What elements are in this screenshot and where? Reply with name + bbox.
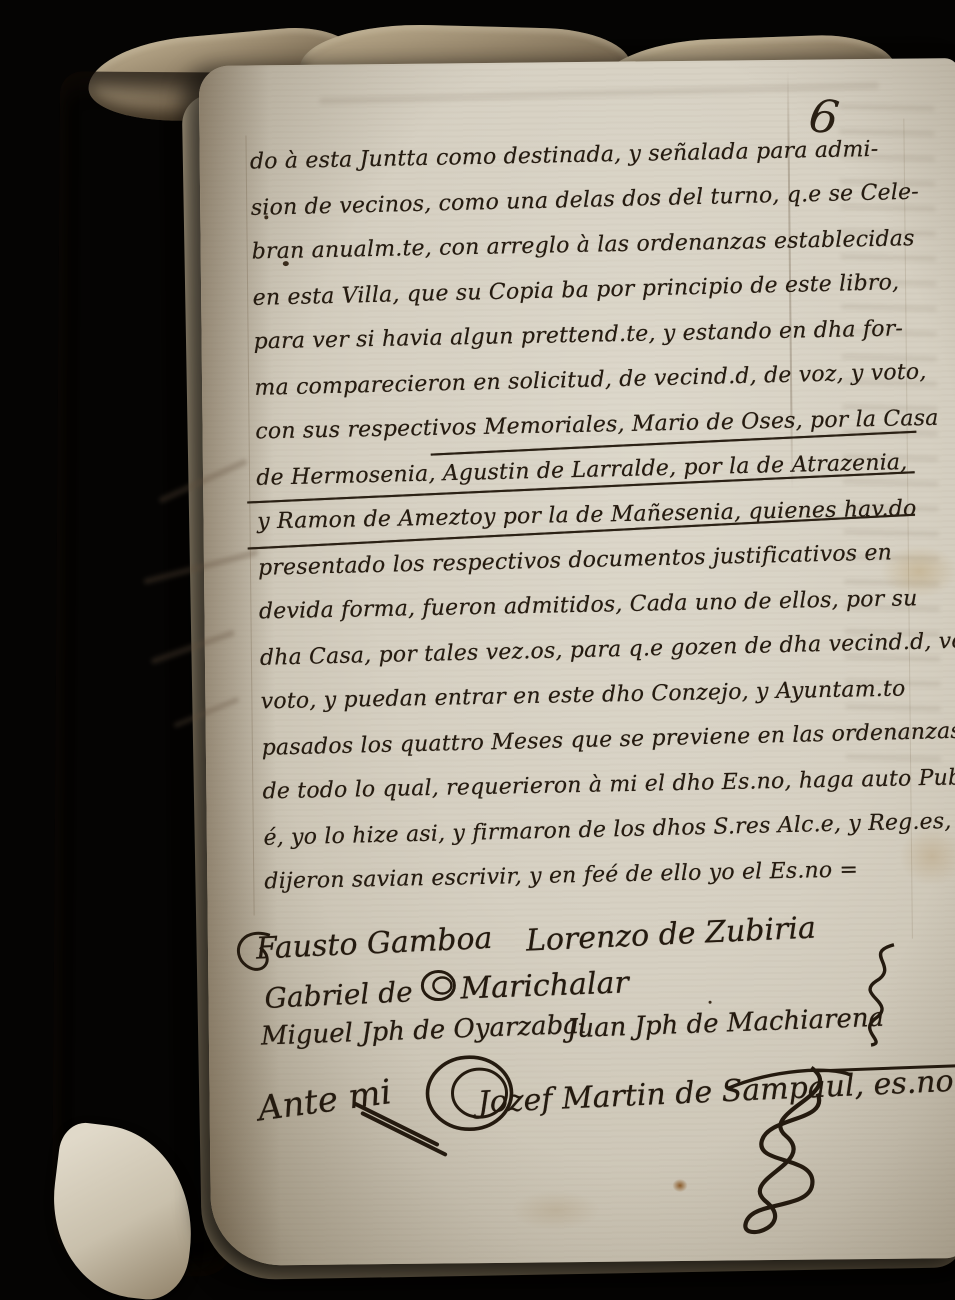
- manuscript-photo: 6 do à esta Juntta como destinada, y señ…: [0, 0, 955, 1300]
- signature-flourish: [418, 965, 458, 1005]
- notary-rubric-knot: [661, 1059, 859, 1257]
- signature-marichalar: Marichalar: [460, 965, 630, 1006]
- ink-speck: [709, 1001, 712, 1004]
- rubric-zubiria: [844, 939, 909, 1052]
- manuscript-text-block: do à esta Juntta como destinada, y señal…: [250, 126, 930, 904]
- manuscript-page: 6 do à esta Juntta como destinada, y señ…: [199, 58, 955, 1266]
- signature-gabriel-de: Gabriel de: [264, 975, 414, 1015]
